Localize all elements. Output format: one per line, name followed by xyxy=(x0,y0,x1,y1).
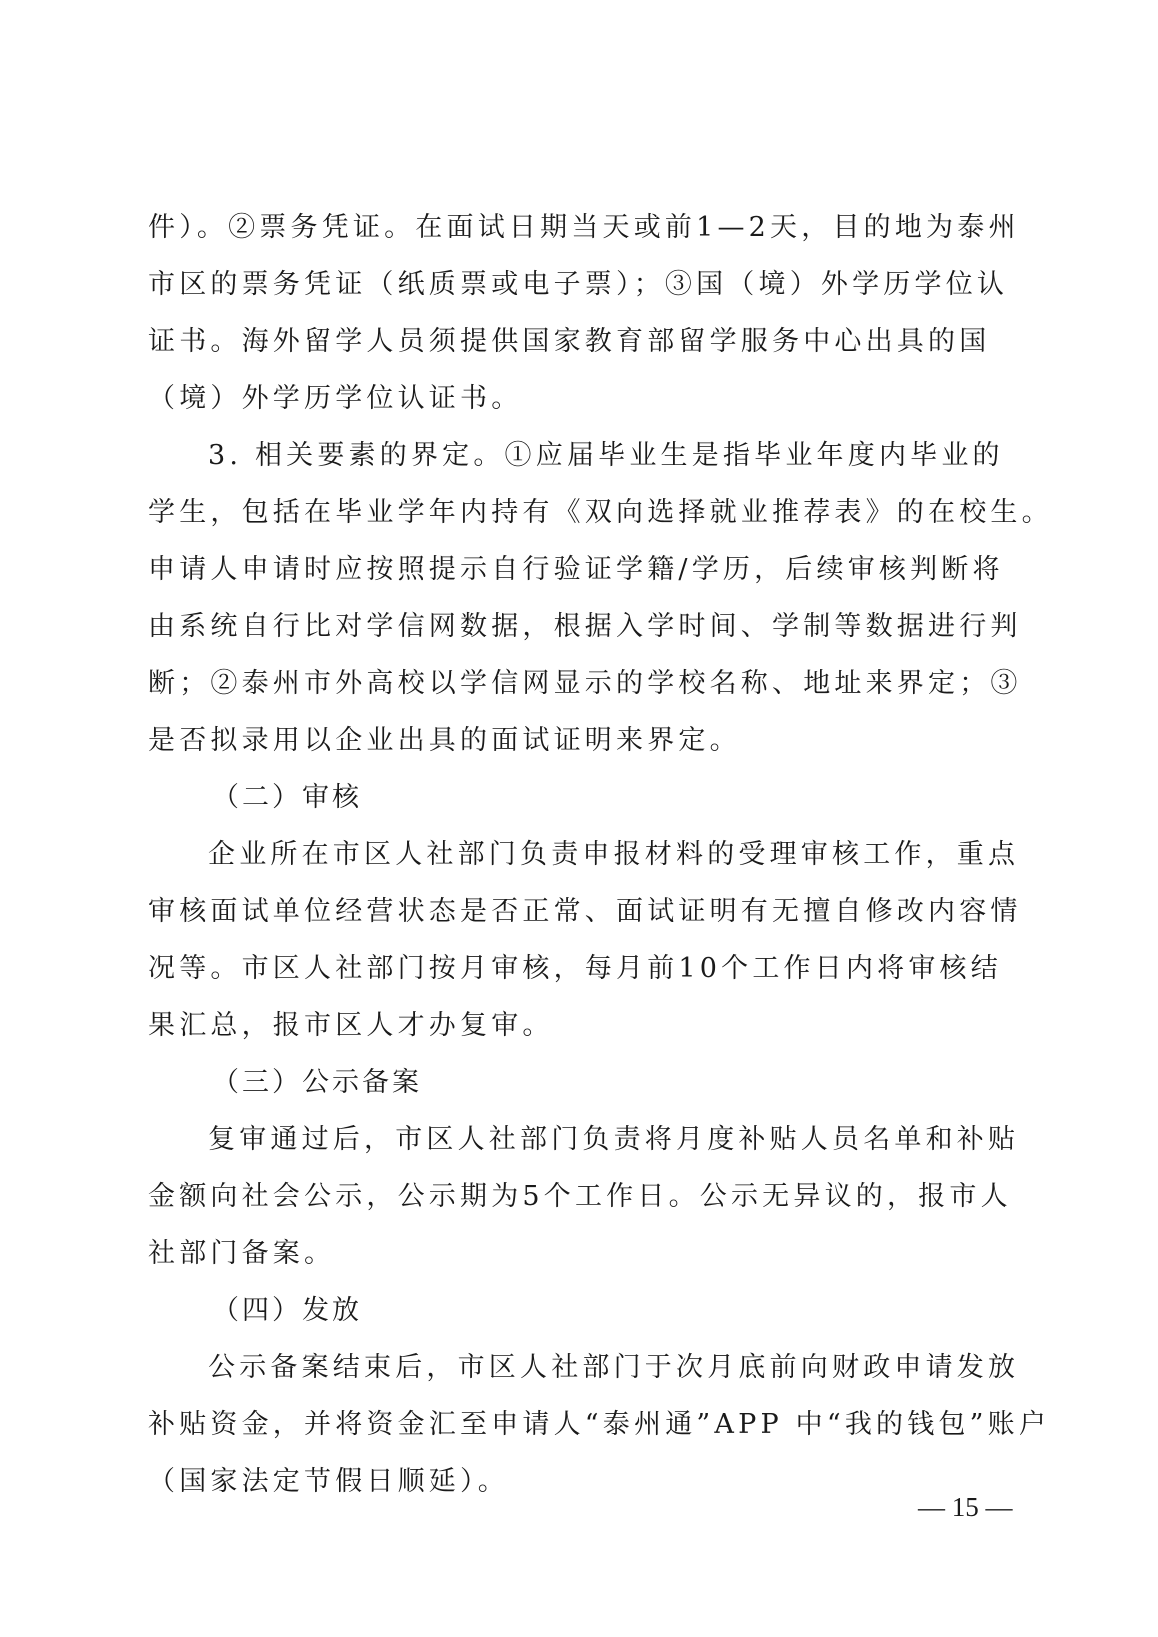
section-heading: （三）公示备案 xyxy=(212,1066,512,1100)
text-line: 社部门备案。 xyxy=(148,1237,968,1271)
text-line: 件）。②票务凭证。在面试日期当天或前1—2天，目的地为泰州 xyxy=(148,211,968,245)
text-line: 断；②泰州市外高校以学信网显示的学校名称、地址来界定；③ xyxy=(148,667,968,701)
text-line: 是否拟录用以企业出具的面试证明来界定。 xyxy=(148,724,968,758)
section-heading: （四）发放 xyxy=(212,1294,512,1328)
text-line: 3. 相关要素的界定。①应届毕业生是指毕业年度内毕业的 xyxy=(208,439,968,473)
text-line: （国家法定节假日顺延）。 xyxy=(148,1465,968,1499)
text-line: 补贴资金，并将资金汇至申请人“泰州通”APP 中“我的钱包”账户 xyxy=(148,1408,968,1442)
document-page: 件）。②票务凭证。在面试日期当天或前1—2天，目的地为泰州市区的票务凭证（纸质票… xyxy=(0,0,1158,1637)
text-line: 金额向社会公示，公示期为5个工作日。公示无异议的，报市人 xyxy=(148,1180,968,1214)
section-heading: （二）审核 xyxy=(212,781,512,815)
text-line: 复审通过后，市区人社部门负责将月度补贴人员名单和补贴 xyxy=(208,1123,968,1157)
text-line: 果汇总，报市区人才办复审。 xyxy=(148,1009,968,1043)
text-line: 学生，包括在毕业学年内持有《双向选择就业推荐表》的在校生。 xyxy=(148,496,968,530)
text-line: 公示备案结束后，市区人社部门于次月底前向财政申请发放 xyxy=(208,1351,968,1385)
text-line: 企业所在市区人社部门负责申报材料的受理审核工作，重点 xyxy=(208,838,968,872)
text-line: 审核面试单位经营状态是否正常、面试证明有无擅自修改内容情 xyxy=(148,895,968,929)
text-line: 市区的票务凭证（纸质票或电子票）；③国（境）外学历学位认 xyxy=(148,268,968,302)
text-line: （境）外学历学位认证书。 xyxy=(148,382,968,416)
text-line: 由系统自行比对学信网数据，根据入学时间、学制等数据进行判 xyxy=(148,610,968,644)
text-line: 申请人申请时应按照提示自行验证学籍/学历，后续审核判断将 xyxy=(148,553,968,587)
page-number: — 15 — xyxy=(918,1490,1013,1524)
text-line: 证书。海外留学人员须提供国家教育部留学服务中心出具的国 xyxy=(148,325,968,359)
text-line: 况等。市区人社部门按月审核，每月前10个工作日内将审核结 xyxy=(148,952,968,986)
